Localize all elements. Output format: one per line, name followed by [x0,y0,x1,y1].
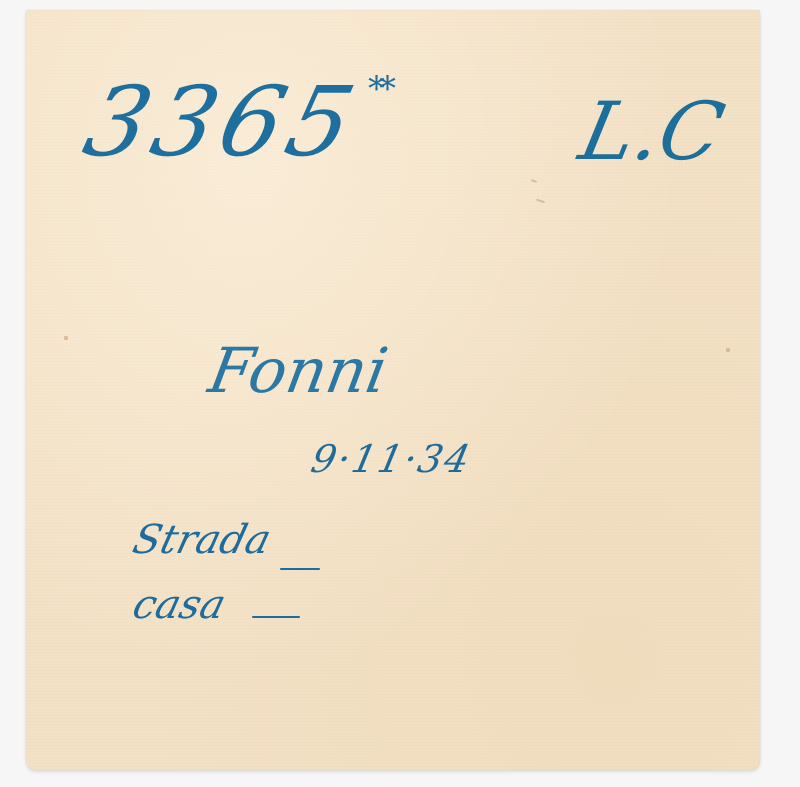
note-line-2: casa [129,585,230,625]
date: 9·11·34 [308,440,475,478]
catalog-number: 3365 [76,74,368,170]
initials: L.C [573,92,730,172]
paper-fleck [64,336,68,340]
place-name: Fonni [205,340,393,402]
paper-fleck [531,179,537,183]
paper-fleck [536,199,545,204]
note-underline-1 [280,568,320,570]
note-line-1: Strada [129,520,275,560]
note-underline-2 [252,616,300,618]
paper-fleck [726,348,730,352]
catalog-asterisk-mark: ** [368,72,390,106]
